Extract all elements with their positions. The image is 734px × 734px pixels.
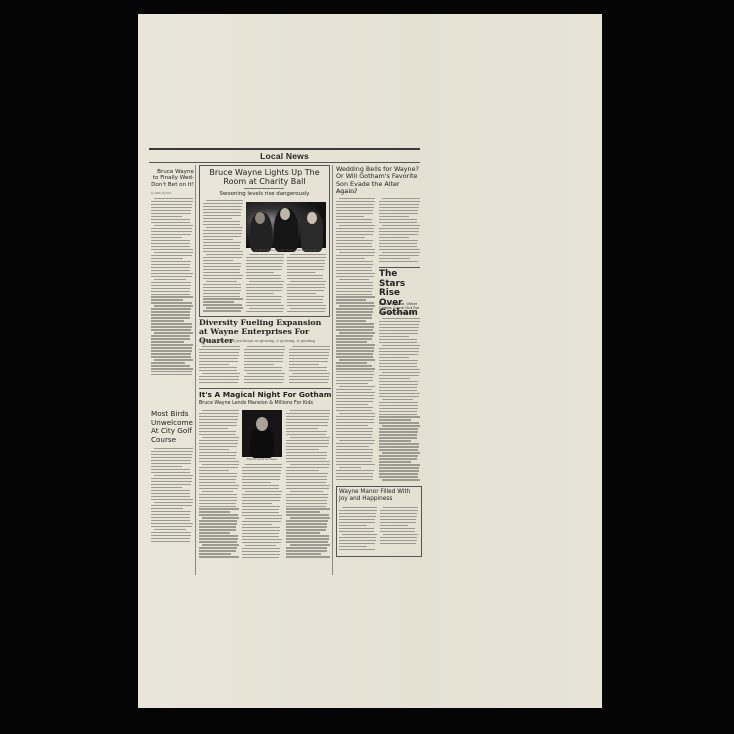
article-body-magical-night-2 bbox=[242, 464, 282, 560]
text-line bbox=[287, 302, 323, 303]
text-line bbox=[379, 210, 418, 211]
text-line bbox=[247, 373, 285, 374]
text-line bbox=[151, 207, 192, 208]
article-body-wedding-bells-1 bbox=[336, 198, 375, 483]
text-line bbox=[151, 264, 190, 265]
text-line bbox=[199, 553, 231, 554]
text-line bbox=[151, 276, 192, 277]
text-line bbox=[199, 535, 238, 536]
text-line bbox=[287, 260, 325, 261]
text-line bbox=[154, 225, 193, 226]
text-line bbox=[151, 496, 190, 497]
text-line bbox=[151, 365, 190, 366]
text-line bbox=[290, 491, 323, 492]
text-line bbox=[242, 470, 281, 471]
text-line bbox=[286, 523, 327, 524]
text-line bbox=[151, 237, 182, 238]
article-body-finally-wed bbox=[151, 198, 193, 378]
text-line bbox=[339, 519, 375, 520]
article-body-diversity-1 bbox=[199, 346, 240, 384]
text-line bbox=[380, 519, 416, 520]
text-line bbox=[382, 425, 420, 426]
text-line bbox=[203, 284, 241, 285]
text-line bbox=[154, 448, 193, 449]
text-line bbox=[382, 479, 420, 480]
text-line bbox=[336, 365, 372, 366]
text-line bbox=[246, 257, 284, 258]
text-line bbox=[287, 275, 323, 276]
text-line bbox=[287, 272, 315, 273]
text-line bbox=[379, 443, 419, 444]
text-line bbox=[379, 336, 409, 337]
text-line bbox=[336, 285, 373, 286]
text-line bbox=[379, 342, 417, 343]
text-line bbox=[336, 335, 373, 336]
text-line bbox=[336, 338, 372, 339]
text-line bbox=[289, 349, 330, 350]
text-line bbox=[290, 464, 330, 465]
text-line bbox=[247, 346, 285, 347]
text-line bbox=[246, 305, 284, 306]
text-line bbox=[242, 533, 279, 534]
text-line bbox=[151, 216, 182, 217]
text-line bbox=[339, 225, 375, 226]
text-line bbox=[336, 422, 374, 423]
text-line bbox=[203, 269, 240, 270]
text-line bbox=[336, 383, 368, 384]
text-line bbox=[203, 242, 241, 243]
text-line bbox=[289, 352, 329, 353]
text-line bbox=[339, 516, 376, 517]
text-line bbox=[336, 323, 374, 324]
text-line bbox=[151, 538, 190, 539]
text-line bbox=[151, 314, 190, 315]
text-line bbox=[203, 275, 243, 276]
text-line bbox=[380, 510, 418, 511]
text-line bbox=[339, 332, 375, 333]
text-line bbox=[379, 366, 417, 367]
text-line bbox=[203, 257, 242, 258]
text-line bbox=[286, 532, 320, 533]
text-line bbox=[202, 544, 239, 545]
text-line bbox=[336, 264, 373, 265]
text-line bbox=[336, 446, 369, 447]
text-line bbox=[287, 257, 326, 258]
text-line bbox=[336, 267, 372, 268]
text-line bbox=[379, 213, 418, 214]
text-line bbox=[379, 437, 417, 438]
text-line bbox=[242, 515, 282, 516]
text-line bbox=[203, 298, 243, 299]
text-line bbox=[154, 502, 193, 503]
byline-finally-wed: by Patty Nyhart bbox=[151, 193, 171, 196]
text-line bbox=[151, 371, 192, 372]
text-line bbox=[151, 234, 191, 235]
text-line bbox=[379, 470, 419, 471]
text-line bbox=[383, 507, 418, 508]
text-line bbox=[244, 355, 284, 356]
text-line bbox=[379, 333, 418, 334]
text-line bbox=[244, 361, 283, 362]
text-line bbox=[336, 222, 372, 223]
text-line bbox=[379, 375, 419, 376]
text-line bbox=[199, 370, 237, 371]
text-line bbox=[202, 373, 240, 374]
text-line bbox=[151, 356, 191, 357]
text-line bbox=[379, 321, 420, 322]
text-line bbox=[339, 386, 375, 387]
text-line bbox=[336, 404, 368, 405]
text-line bbox=[336, 368, 375, 369]
subhead-charity-ball: Swooning levels rise dangerously bbox=[200, 191, 329, 197]
text-line bbox=[242, 536, 279, 537]
text-line bbox=[242, 527, 280, 528]
text-line bbox=[286, 538, 329, 539]
text-line bbox=[289, 367, 327, 368]
text-line bbox=[244, 352, 284, 353]
text-line bbox=[151, 535, 191, 536]
text-line bbox=[290, 437, 330, 438]
text-line bbox=[199, 361, 238, 362]
text-line bbox=[242, 524, 272, 525]
text-line bbox=[199, 473, 237, 474]
article-body-magical-night-1 bbox=[199, 410, 239, 560]
article-body-diversity-3 bbox=[289, 346, 330, 384]
text-line bbox=[380, 522, 416, 523]
text-line bbox=[203, 296, 240, 297]
text-line bbox=[379, 261, 418, 262]
article-body-stars bbox=[379, 318, 420, 483]
text-line bbox=[379, 360, 418, 361]
text-line bbox=[151, 219, 190, 220]
text-line bbox=[336, 270, 372, 271]
text-line bbox=[379, 458, 417, 459]
text-line bbox=[244, 364, 274, 365]
text-line bbox=[292, 373, 330, 374]
text-line bbox=[289, 370, 327, 371]
text-line bbox=[199, 497, 237, 498]
text-line bbox=[203, 230, 242, 231]
text-line bbox=[199, 422, 237, 423]
text-line bbox=[151, 487, 182, 488]
text-line bbox=[379, 428, 418, 429]
text-line bbox=[246, 302, 281, 303]
text-line bbox=[199, 538, 238, 539]
text-line bbox=[286, 506, 326, 507]
text-line bbox=[199, 349, 240, 350]
text-line bbox=[382, 372, 420, 373]
text-line bbox=[379, 381, 418, 382]
text-line bbox=[203, 206, 242, 207]
text-line bbox=[242, 485, 279, 486]
text-line bbox=[245, 545, 275, 546]
text-line bbox=[379, 231, 419, 232]
text-line bbox=[244, 358, 283, 359]
text-line bbox=[379, 216, 409, 217]
text-line bbox=[287, 266, 324, 267]
text-line bbox=[379, 237, 409, 238]
text-line bbox=[245, 518, 282, 519]
text-line bbox=[379, 363, 417, 364]
text-line bbox=[151, 249, 193, 250]
text-line bbox=[199, 508, 239, 509]
text-line bbox=[336, 353, 373, 354]
text-line bbox=[199, 446, 237, 447]
text-line bbox=[151, 481, 192, 482]
text-line bbox=[336, 479, 373, 480]
text-line bbox=[151, 329, 191, 330]
text-line bbox=[151, 466, 182, 467]
text-line bbox=[379, 387, 417, 388]
text-line bbox=[287, 293, 316, 294]
text-line bbox=[379, 219, 417, 220]
text-line bbox=[242, 500, 280, 501]
text-line bbox=[246, 260, 283, 261]
text-line bbox=[336, 240, 373, 241]
column-divider bbox=[195, 165, 196, 575]
text-line bbox=[242, 488, 279, 489]
text-line bbox=[151, 338, 190, 339]
text-line bbox=[379, 390, 417, 391]
text-line bbox=[290, 544, 330, 545]
text-line bbox=[286, 482, 326, 483]
text-line bbox=[154, 198, 193, 199]
text-line bbox=[286, 541, 328, 542]
text-line bbox=[151, 541, 190, 542]
text-line bbox=[286, 529, 326, 530]
text-line bbox=[199, 455, 236, 456]
text-line bbox=[339, 440, 375, 441]
text-line bbox=[199, 479, 236, 480]
text-line bbox=[199, 500, 237, 501]
text-line bbox=[336, 317, 372, 318]
text-line bbox=[203, 224, 240, 225]
text-line bbox=[246, 290, 282, 291]
text-line bbox=[336, 374, 374, 375]
text-line bbox=[382, 225, 420, 226]
text-line bbox=[199, 523, 237, 524]
text-line bbox=[206, 307, 243, 308]
text-line bbox=[286, 485, 330, 486]
text-line bbox=[339, 198, 375, 199]
text-line bbox=[242, 509, 279, 510]
text-line bbox=[246, 278, 281, 279]
text-line bbox=[379, 422, 419, 423]
text-line bbox=[202, 491, 232, 492]
wayne-portrait-photo bbox=[242, 410, 282, 457]
text-line bbox=[290, 254, 326, 255]
text-line bbox=[151, 520, 190, 521]
text-line bbox=[287, 278, 323, 279]
text-line bbox=[199, 467, 238, 468]
subhead-stars: Bruce Wayne, Other Celebs Come Out For C… bbox=[379, 302, 420, 315]
text-line bbox=[199, 541, 237, 542]
text-line bbox=[199, 443, 238, 444]
section-rule bbox=[149, 162, 420, 163]
text-line bbox=[336, 296, 375, 297]
text-line bbox=[242, 554, 280, 555]
text-line bbox=[244, 370, 282, 371]
text-line bbox=[286, 425, 328, 426]
text-line bbox=[379, 461, 411, 462]
text-line bbox=[379, 405, 418, 406]
text-line bbox=[379, 357, 409, 358]
text-line bbox=[383, 534, 418, 535]
text-line bbox=[290, 517, 330, 518]
text-line bbox=[379, 431, 418, 432]
text-line bbox=[249, 308, 284, 309]
text-line bbox=[199, 470, 229, 471]
text-line bbox=[287, 299, 323, 300]
text-line bbox=[203, 212, 241, 213]
text-line bbox=[336, 476, 373, 477]
text-line bbox=[151, 523, 193, 524]
text-line bbox=[286, 431, 327, 432]
text-line bbox=[202, 346, 240, 347]
text-line bbox=[151, 323, 192, 324]
text-line bbox=[286, 553, 321, 554]
text-line bbox=[242, 548, 280, 549]
text-line bbox=[286, 422, 328, 423]
text-line bbox=[246, 287, 283, 288]
text-line bbox=[336, 329, 373, 330]
text-line bbox=[379, 246, 417, 247]
text-line bbox=[379, 419, 411, 420]
text-line bbox=[380, 543, 416, 544]
text-line bbox=[286, 455, 327, 456]
text-line bbox=[249, 281, 284, 282]
text-line bbox=[242, 473, 281, 474]
text-line bbox=[151, 255, 192, 256]
text-line bbox=[379, 255, 419, 256]
text-line bbox=[199, 352, 239, 353]
text-line bbox=[203, 310, 241, 311]
article-body-wayne-manor-2 bbox=[380, 507, 418, 547]
text-line bbox=[287, 284, 325, 285]
text-line bbox=[379, 204, 419, 205]
text-line bbox=[242, 557, 279, 558]
text-line bbox=[336, 282, 373, 283]
text-line bbox=[151, 451, 193, 452]
text-line bbox=[286, 452, 327, 453]
text-line bbox=[206, 281, 236, 282]
text-line bbox=[199, 413, 239, 414]
text-line bbox=[380, 525, 408, 526]
text-line bbox=[336, 470, 374, 471]
text-line bbox=[199, 476, 237, 477]
text-line bbox=[286, 413, 330, 414]
section-rule bbox=[379, 267, 420, 268]
text-line bbox=[382, 399, 413, 400]
text-line bbox=[336, 273, 375, 274]
text-line bbox=[382, 198, 420, 199]
text-line bbox=[242, 482, 271, 483]
text-line bbox=[379, 354, 418, 355]
text-line bbox=[336, 407, 373, 408]
text-line bbox=[336, 449, 373, 450]
text-line bbox=[339, 525, 367, 526]
text-line bbox=[199, 428, 228, 429]
text-line bbox=[242, 497, 281, 498]
text-line bbox=[203, 260, 233, 261]
text-line bbox=[151, 240, 190, 241]
text-line bbox=[336, 320, 366, 321]
text-line bbox=[379, 327, 419, 328]
text-line bbox=[151, 326, 192, 327]
text-line bbox=[339, 531, 374, 532]
text-line bbox=[151, 270, 190, 271]
text-line bbox=[151, 514, 190, 515]
text-line bbox=[202, 517, 239, 518]
text-line bbox=[380, 537, 417, 538]
text-line bbox=[289, 361, 328, 362]
text-line bbox=[151, 472, 190, 473]
text-line bbox=[336, 288, 373, 289]
text-line bbox=[336, 464, 375, 465]
text-line bbox=[286, 508, 330, 509]
text-line bbox=[339, 359, 375, 360]
text-line bbox=[246, 269, 282, 270]
text-line bbox=[246, 275, 281, 276]
section-rule bbox=[199, 388, 331, 389]
text-line bbox=[154, 529, 186, 530]
text-line bbox=[151, 490, 190, 491]
text-line bbox=[286, 434, 326, 435]
text-line bbox=[151, 344, 193, 345]
text-line bbox=[379, 416, 420, 417]
text-line bbox=[382, 318, 420, 319]
text-line bbox=[151, 243, 190, 244]
text-line bbox=[199, 503, 236, 504]
text-line bbox=[151, 341, 184, 342]
text-line bbox=[286, 526, 327, 527]
text-line bbox=[246, 284, 283, 285]
text-line bbox=[151, 374, 192, 375]
text-line bbox=[151, 317, 190, 318]
text-line bbox=[199, 458, 236, 459]
text-line bbox=[339, 252, 375, 253]
text-line bbox=[336, 204, 374, 205]
text-line bbox=[336, 210, 373, 211]
text-line bbox=[154, 475, 193, 476]
text-line bbox=[151, 469, 190, 470]
text-line bbox=[151, 296, 193, 297]
text-line bbox=[245, 491, 282, 492]
text-line bbox=[379, 476, 418, 477]
text-line bbox=[199, 488, 238, 489]
text-line bbox=[336, 425, 368, 426]
text-line bbox=[339, 546, 367, 547]
text-line bbox=[336, 294, 372, 295]
text-line bbox=[154, 252, 193, 253]
top-rule bbox=[149, 148, 420, 150]
text-line bbox=[151, 347, 192, 348]
text-line bbox=[339, 528, 374, 529]
text-line bbox=[199, 367, 237, 368]
text-line bbox=[246, 263, 283, 264]
text-line bbox=[151, 484, 191, 485]
charity-ball-photo bbox=[246, 202, 326, 248]
text-line bbox=[151, 267, 190, 268]
text-line bbox=[286, 476, 327, 477]
text-line bbox=[206, 254, 243, 255]
text-line bbox=[286, 550, 327, 551]
text-line bbox=[336, 350, 374, 351]
text-line bbox=[336, 261, 373, 262]
text-line bbox=[203, 293, 240, 294]
wayne-manor-box: Wayne Manor Filled With Joy and Happines… bbox=[336, 486, 422, 557]
text-line bbox=[286, 520, 328, 521]
